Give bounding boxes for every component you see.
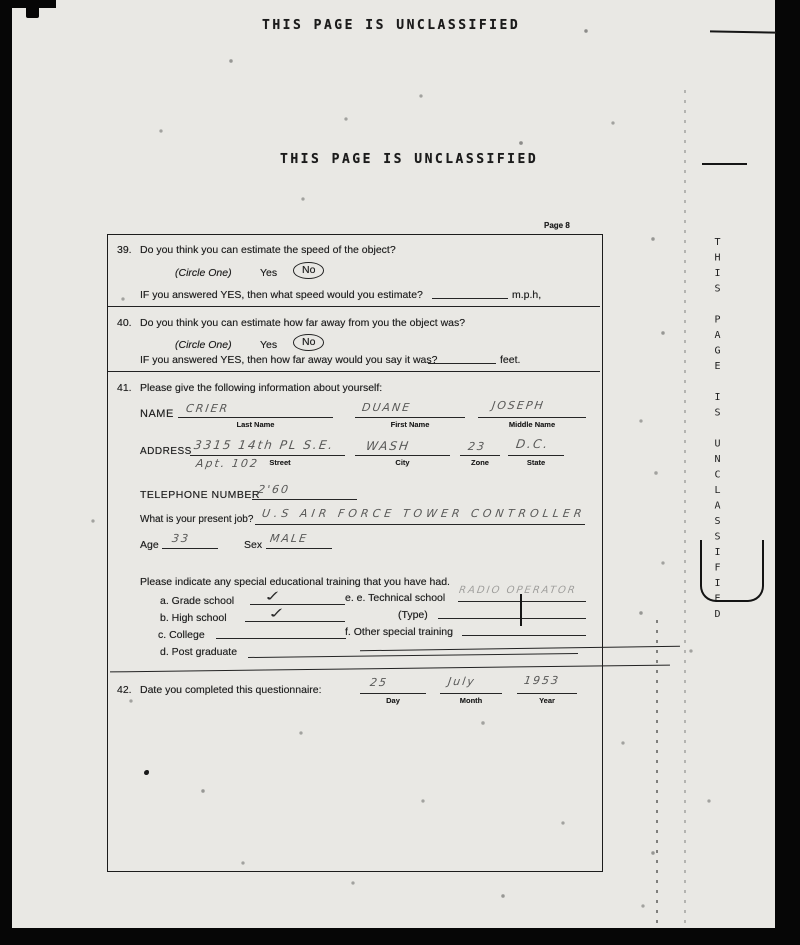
telephone-value: 2'60 (257, 483, 291, 496)
scan-edge-right (775, 0, 800, 945)
middle-name-sublabel: Middle Name (478, 420, 586, 429)
date-day-value: 25 (369, 676, 389, 689)
age-value: 33 (171, 532, 191, 545)
date-year-sublabel: Year (517, 696, 577, 705)
q42-question: Date you completed this questionnaire: (140, 684, 322, 696)
q40-question: Do you think you can estimate how far aw… (140, 317, 465, 329)
q40-unit: feet. (500, 354, 520, 366)
q40-answer-blank (428, 363, 496, 364)
q42-number: 42. (117, 684, 132, 696)
first-name-value: DUANE (361, 401, 412, 414)
form-border-box (107, 234, 603, 872)
name-label: NAME (140, 408, 174, 420)
q40-number: 40. (117, 317, 132, 329)
edu-high-school-blank (245, 621, 345, 622)
banner-top: THIS PAGE IS UNCLASSIFIED (262, 18, 520, 33)
scan-line-artifact-top-right (710, 30, 776, 33)
state-blank (508, 455, 564, 456)
date-day-blank (360, 693, 426, 694)
q41-question: Please give the following information ab… (140, 382, 382, 394)
first-name-sublabel: First Name (355, 420, 465, 429)
state-value: D.C. (515, 437, 550, 451)
technical-school-value: RADIO OPERATOR (458, 585, 577, 596)
q39-option-yes: Yes (260, 267, 277, 279)
side-vertical-text: THIS PAGE IS UNCLASSIFIED (712, 237, 723, 567)
street-value: 3315 14th PL S.E. (193, 438, 335, 452)
job-blank (255, 524, 585, 525)
scan-line-artifact-right (702, 163, 747, 165)
last-name-sublabel: Last Name (178, 420, 333, 429)
q41-number: 41. (117, 382, 132, 394)
address-label: ADDRESS (140, 446, 192, 457)
zone-sublabel: Zone (460, 458, 500, 467)
street-sublabel: Street (250, 458, 310, 467)
zone-blank (460, 455, 500, 456)
edu-other-training-blank (462, 635, 586, 636)
scan-mark-top-left (26, 4, 39, 18)
edu-other-training-label: f. Other special training (345, 626, 453, 638)
q39-question: Do you think you can estimate the speed … (140, 244, 396, 256)
city-value: WASH (365, 439, 411, 453)
telephone-label: TELEPHONE NUMBER (140, 489, 260, 501)
edu-post-graduate-label: d. Post graduate (160, 646, 237, 658)
sex-label: Sex (244, 539, 262, 551)
q40-followup: IF you answered YES, then how far away w… (140, 354, 437, 366)
street-blank (190, 455, 345, 456)
sex-value: MALE (269, 532, 309, 545)
edu-college-blank (216, 638, 346, 639)
q39-unit: m.p.h, (512, 289, 541, 301)
date-year-value: 1953 (523, 674, 561, 687)
sex-blank (266, 548, 332, 549)
scan-streak-1 (656, 620, 658, 928)
education-heading: Please indicate any special educational … (140, 576, 450, 588)
edu-grade-school-label: a. Grade school (160, 595, 234, 607)
first-name-blank (355, 417, 465, 418)
last-name-value: CRIER (185, 402, 230, 415)
q39-answer-blank (432, 298, 508, 299)
edu-technical-school-blank (458, 601, 586, 602)
edu-type-blank (438, 618, 586, 619)
q39-number: 39. (117, 244, 132, 256)
scan-edge-bottom (0, 928, 800, 945)
date-year-blank (517, 693, 577, 694)
q40-option-yes: Yes (260, 339, 277, 351)
pen-stroke-artifact (520, 594, 522, 626)
banner-mid: THIS PAGE IS UNCLASSIFIED (280, 152, 538, 167)
q39-followup: IF you answered YES, then what speed wou… (140, 289, 423, 301)
edu-high-school-label: b. High school (160, 612, 227, 624)
binder-tab-outline (700, 540, 764, 602)
scan-edge-left (0, 0, 12, 945)
middle-name-value: JOSEPH (491, 399, 546, 412)
telephone-blank (252, 499, 357, 500)
last-name-blank (178, 417, 333, 418)
date-month-blank (440, 693, 502, 694)
date-month-value: July (447, 675, 477, 688)
middle-name-blank (478, 417, 586, 418)
divider-q40-q41 (108, 371, 600, 372)
page-number: Page 8 (544, 221, 570, 230)
state-sublabel: State (508, 458, 564, 467)
divider-q39-q40 (108, 306, 600, 307)
age-blank (162, 548, 218, 549)
q39-circle-one-label: (Circle One) (175, 267, 232, 279)
zone-value: 23 (467, 440, 487, 453)
date-month-sublabel: Month (440, 696, 502, 705)
city-blank (355, 455, 450, 456)
scanned-questionnaire-page: THIS PAGE IS UNCLASSIFIED THIS PAGE IS U… (0, 0, 800, 945)
job-value: U.S AIR FORCE TOWER CONTROLLER (261, 507, 586, 520)
edu-type-label: (Type) (398, 609, 428, 621)
edu-technical-school-label: e. e. Technical school (345, 592, 445, 604)
q40-circle-one-label: (Circle One) (175, 339, 232, 351)
job-label: What is your present job? (140, 514, 253, 525)
scan-noise-specks (0, 0, 2, 2)
date-day-sublabel: Day (360, 696, 426, 705)
age-label: Age (140, 539, 159, 551)
edu-college-label: c. College (158, 629, 205, 641)
scan-streak-2 (684, 90, 686, 928)
city-sublabel: City (355, 458, 450, 467)
